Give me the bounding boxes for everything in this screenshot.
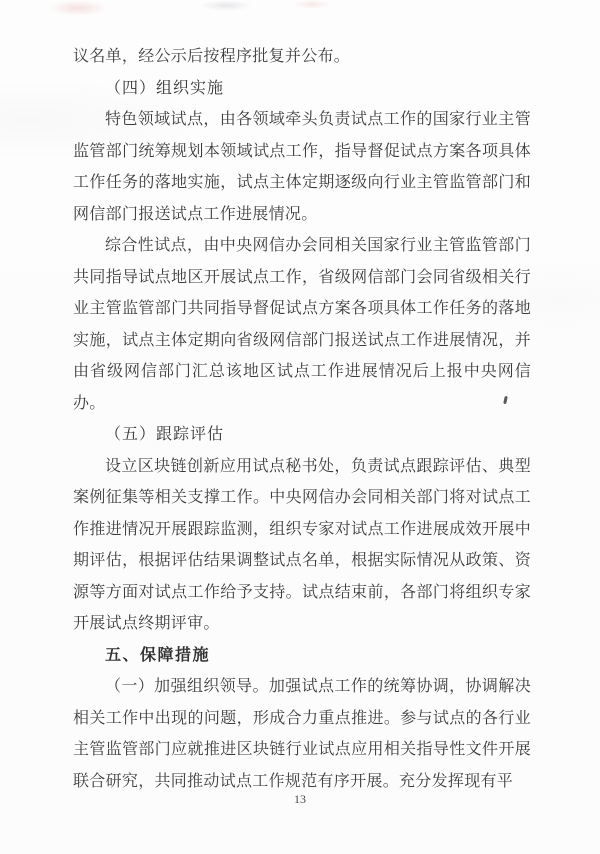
- paragraph-strengthen-organizational-leadership: （一）加强组织领导。加强试点工作的统筹协调，协调解决相关工作中出现的问题，形成合…: [73, 671, 531, 797]
- scanned-document-page: 议名单，经公示后按程序批复并公布。 （四）组织实施 特色领域试点，由各领域牵头负…: [0, 0, 600, 854]
- scan-smudge-pink-left: [48, 0, 108, 16]
- paragraph-comprehensive-pilot: 综合性试点，由中央网信办会同相关国家行业主管监管部门共同指导试点地区开展试点工作…: [73, 230, 531, 419]
- heading-chapter-5-safeguard-measures: 五、保障措施: [73, 640, 531, 672]
- paragraph-continuation-approval-list: 议名单，经公示后按程序批复并公布。: [73, 41, 531, 73]
- page-number: 13: [0, 792, 600, 807]
- paragraph-featured-field-pilot: 特色领域试点，由各领域牵头负责试点工作的国家行业主管监管部门统筹规划本领域试点工…: [73, 104, 531, 230]
- scan-smudge-gray-center: [200, 0, 252, 11]
- paragraph-secretariat-evaluation: 设立区块链创新应用试点秘书处，负责试点跟踪评估、典型案例征集等相关支撑工作。中央…: [73, 451, 531, 640]
- scan-smudge-pink-center: [293, 0, 331, 9]
- subheading-section-4-organize-implementation: （四）组织实施: [73, 73, 531, 105]
- subheading-section-5-tracking-evaluation: （五）跟踪评估: [73, 419, 531, 451]
- document-text-area: 议名单，经公示后按程序批复并公布。 （四）组织实施 特色领域试点，由各领域牵头负…: [73, 41, 531, 797]
